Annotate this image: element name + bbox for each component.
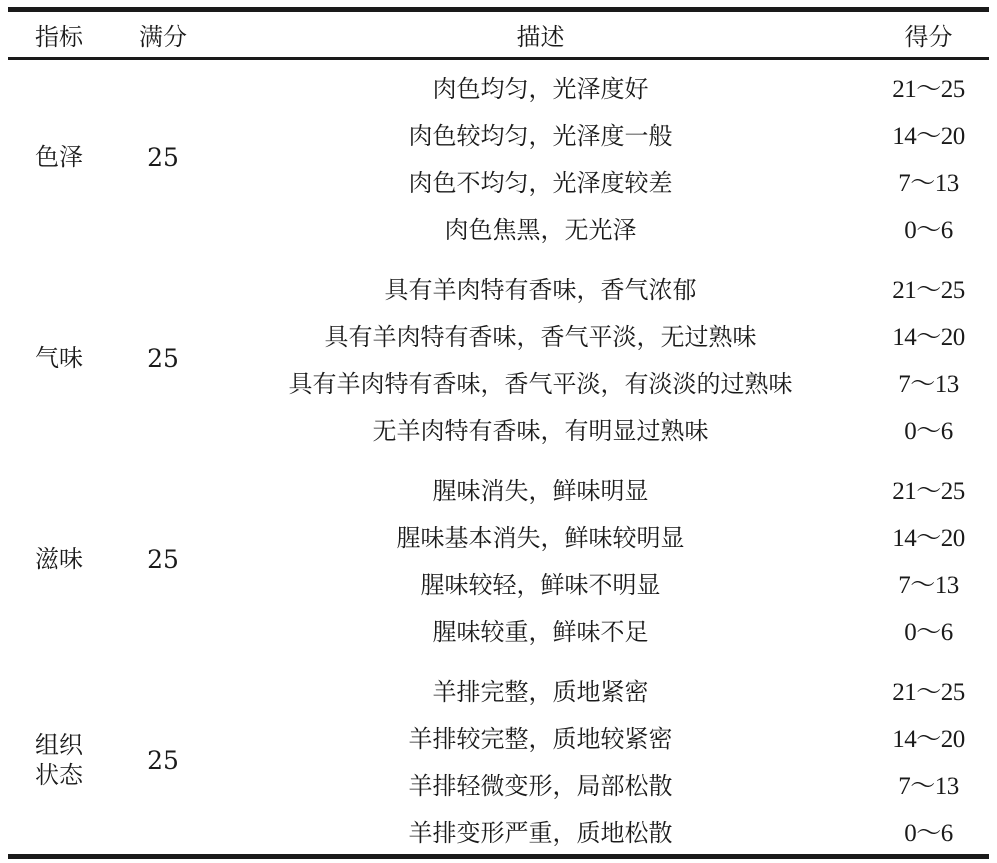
row-description: 具有羊肉特有香味，香气浓郁 (213, 270, 868, 305)
group-index-label: 色泽 (8, 142, 113, 172)
row-description: 具有羊肉特有香味，香气平淡，无过熟味 (213, 317, 868, 352)
table-row: 肉色焦黑，无光泽 0～6 (213, 204, 989, 251)
group-full-score: 25 (113, 143, 213, 172)
row-description: 羊排完整，质地紧密 (213, 672, 868, 707)
table-row: 羊排轻微变形，局部松散 7～13 (213, 760, 989, 807)
row-description: 羊排较完整，质地较紧密 (213, 719, 868, 754)
row-description: 肉色较均匀，光泽度一般 (213, 116, 868, 151)
header-index: 指标 (8, 17, 113, 52)
group-rows: 腥味消失，鲜味明显 21～25 腥味基本消失，鲜味较明显 14～20 腥味较轻，… (213, 465, 989, 653)
row-description: 腥味较轻，鲜味不明显 (213, 565, 868, 600)
group-spacer (8, 653, 989, 666)
header-full-score: 满分 (113, 17, 213, 52)
row-description: 羊排轻微变形，局部松散 (213, 766, 868, 801)
row-score: 0～6 (868, 210, 989, 246)
sensory-evaluation-table: 指标 满分 描述 得分 色泽 25 肉色均匀，光泽度好 21～25 肉色较均匀，… (8, 7, 989, 859)
group-index-label: 组织 状态 (8, 730, 113, 790)
group-rows: 肉色均匀，光泽度好 21～25 肉色较均匀，光泽度一般 14～20 肉色不均匀，… (213, 63, 989, 251)
header-description: 描述 (213, 17, 868, 52)
row-score: 7～13 (868, 163, 989, 199)
row-score: 0～6 (868, 813, 989, 849)
group-full-score: 25 (113, 344, 213, 373)
table-row: 腥味基本消失，鲜味较明显 14～20 (213, 512, 989, 559)
header-score: 得分 (868, 17, 989, 52)
row-score: 21～25 (868, 270, 989, 306)
row-score: 14～20 (868, 116, 989, 152)
row-score: 7～13 (868, 364, 989, 400)
row-score: 14～20 (868, 719, 989, 755)
row-description: 肉色均匀，光泽度好 (213, 69, 868, 104)
row-description: 羊排变形严重，质地松散 (213, 813, 868, 848)
table-row: 具有羊肉特有香味，香气平淡，无过熟味 14～20 (213, 311, 989, 358)
row-description: 腥味消失，鲜味明显 (213, 471, 868, 506)
group-index-label-line2: 状态 (35, 760, 113, 790)
table-row: 腥味较轻，鲜味不明显 7～13 (213, 559, 989, 606)
group-rows: 羊排完整，质地紧密 21～25 羊排较完整，质地较紧密 14～20 羊排轻微变形… (213, 666, 989, 854)
table-row: 腥味较重，鲜味不足 0～6 (213, 606, 989, 653)
table-group-texture: 组织 状态 25 羊排完整，质地紧密 21～25 羊排较完整，质地较紧密 14～… (8, 666, 989, 854)
row-description: 肉色不均匀，光泽度较差 (213, 163, 868, 198)
table-row: 羊排完整，质地紧密 21～25 (213, 666, 989, 713)
row-description: 具有羊肉特有香味，香气平淡，有淡淡的过熟味 (213, 364, 868, 399)
group-full-score: 25 (113, 746, 213, 775)
table-row: 腥味消失，鲜味明显 21～25 (213, 465, 989, 512)
group-spacer (8, 251, 989, 264)
table-row: 无羊肉特有香味，有明显过熟味 0～6 (213, 405, 989, 452)
table-group-color: 色泽 25 肉色均匀，光泽度好 21～25 肉色较均匀，光泽度一般 14～20 … (8, 60, 989, 251)
group-rows: 具有羊肉特有香味，香气浓郁 21～25 具有羊肉特有香味，香气平淡，无过熟味 1… (213, 264, 989, 452)
group-spacer (8, 452, 989, 465)
group-index-label: 滋味 (8, 544, 113, 574)
table-group-taste: 滋味 25 腥味消失，鲜味明显 21～25 腥味基本消失，鲜味较明显 14～20… (8, 465, 989, 653)
table-row: 具有羊肉特有香味，香气浓郁 21～25 (213, 264, 989, 311)
table-row: 肉色均匀，光泽度好 21～25 (213, 63, 989, 110)
row-score: 21～25 (868, 69, 989, 105)
group-full-score: 25 (113, 545, 213, 574)
table-row: 具有羊肉特有香味，香气平淡，有淡淡的过熟味 7～13 (213, 358, 989, 405)
table-row: 羊排变形严重，质地松散 0～6 (213, 807, 989, 854)
group-index-label: 气味 (8, 343, 113, 373)
table-row: 肉色不均匀，光泽度较差 7～13 (213, 157, 989, 204)
row-description: 肉色焦黑，无光泽 (213, 210, 868, 245)
table-bottom-rule (8, 854, 989, 859)
row-description: 无羊肉特有香味，有明显过熟味 (213, 411, 868, 446)
group-index-label-line1: 组织 (35, 730, 113, 760)
row-description: 腥味基本消失，鲜味较明显 (213, 518, 868, 553)
row-score: 14～20 (868, 317, 989, 353)
row-score: 0～6 (868, 612, 989, 648)
row-score: 21～25 (868, 672, 989, 708)
row-score: 0～6 (868, 411, 989, 447)
row-score: 14～20 (868, 518, 989, 554)
table-header-row: 指标 满分 描述 得分 (8, 12, 989, 57)
table-row: 羊排较完整，质地较紧密 14～20 (213, 713, 989, 760)
row-score: 7～13 (868, 766, 989, 802)
table-group-odor: 气味 25 具有羊肉特有香味，香气浓郁 21～25 具有羊肉特有香味，香气平淡，… (8, 264, 989, 452)
row-description: 腥味较重，鲜味不足 (213, 612, 868, 647)
table-row: 肉色较均匀，光泽度一般 14～20 (213, 110, 989, 157)
row-score: 7～13 (868, 565, 989, 601)
row-score: 21～25 (868, 471, 989, 507)
